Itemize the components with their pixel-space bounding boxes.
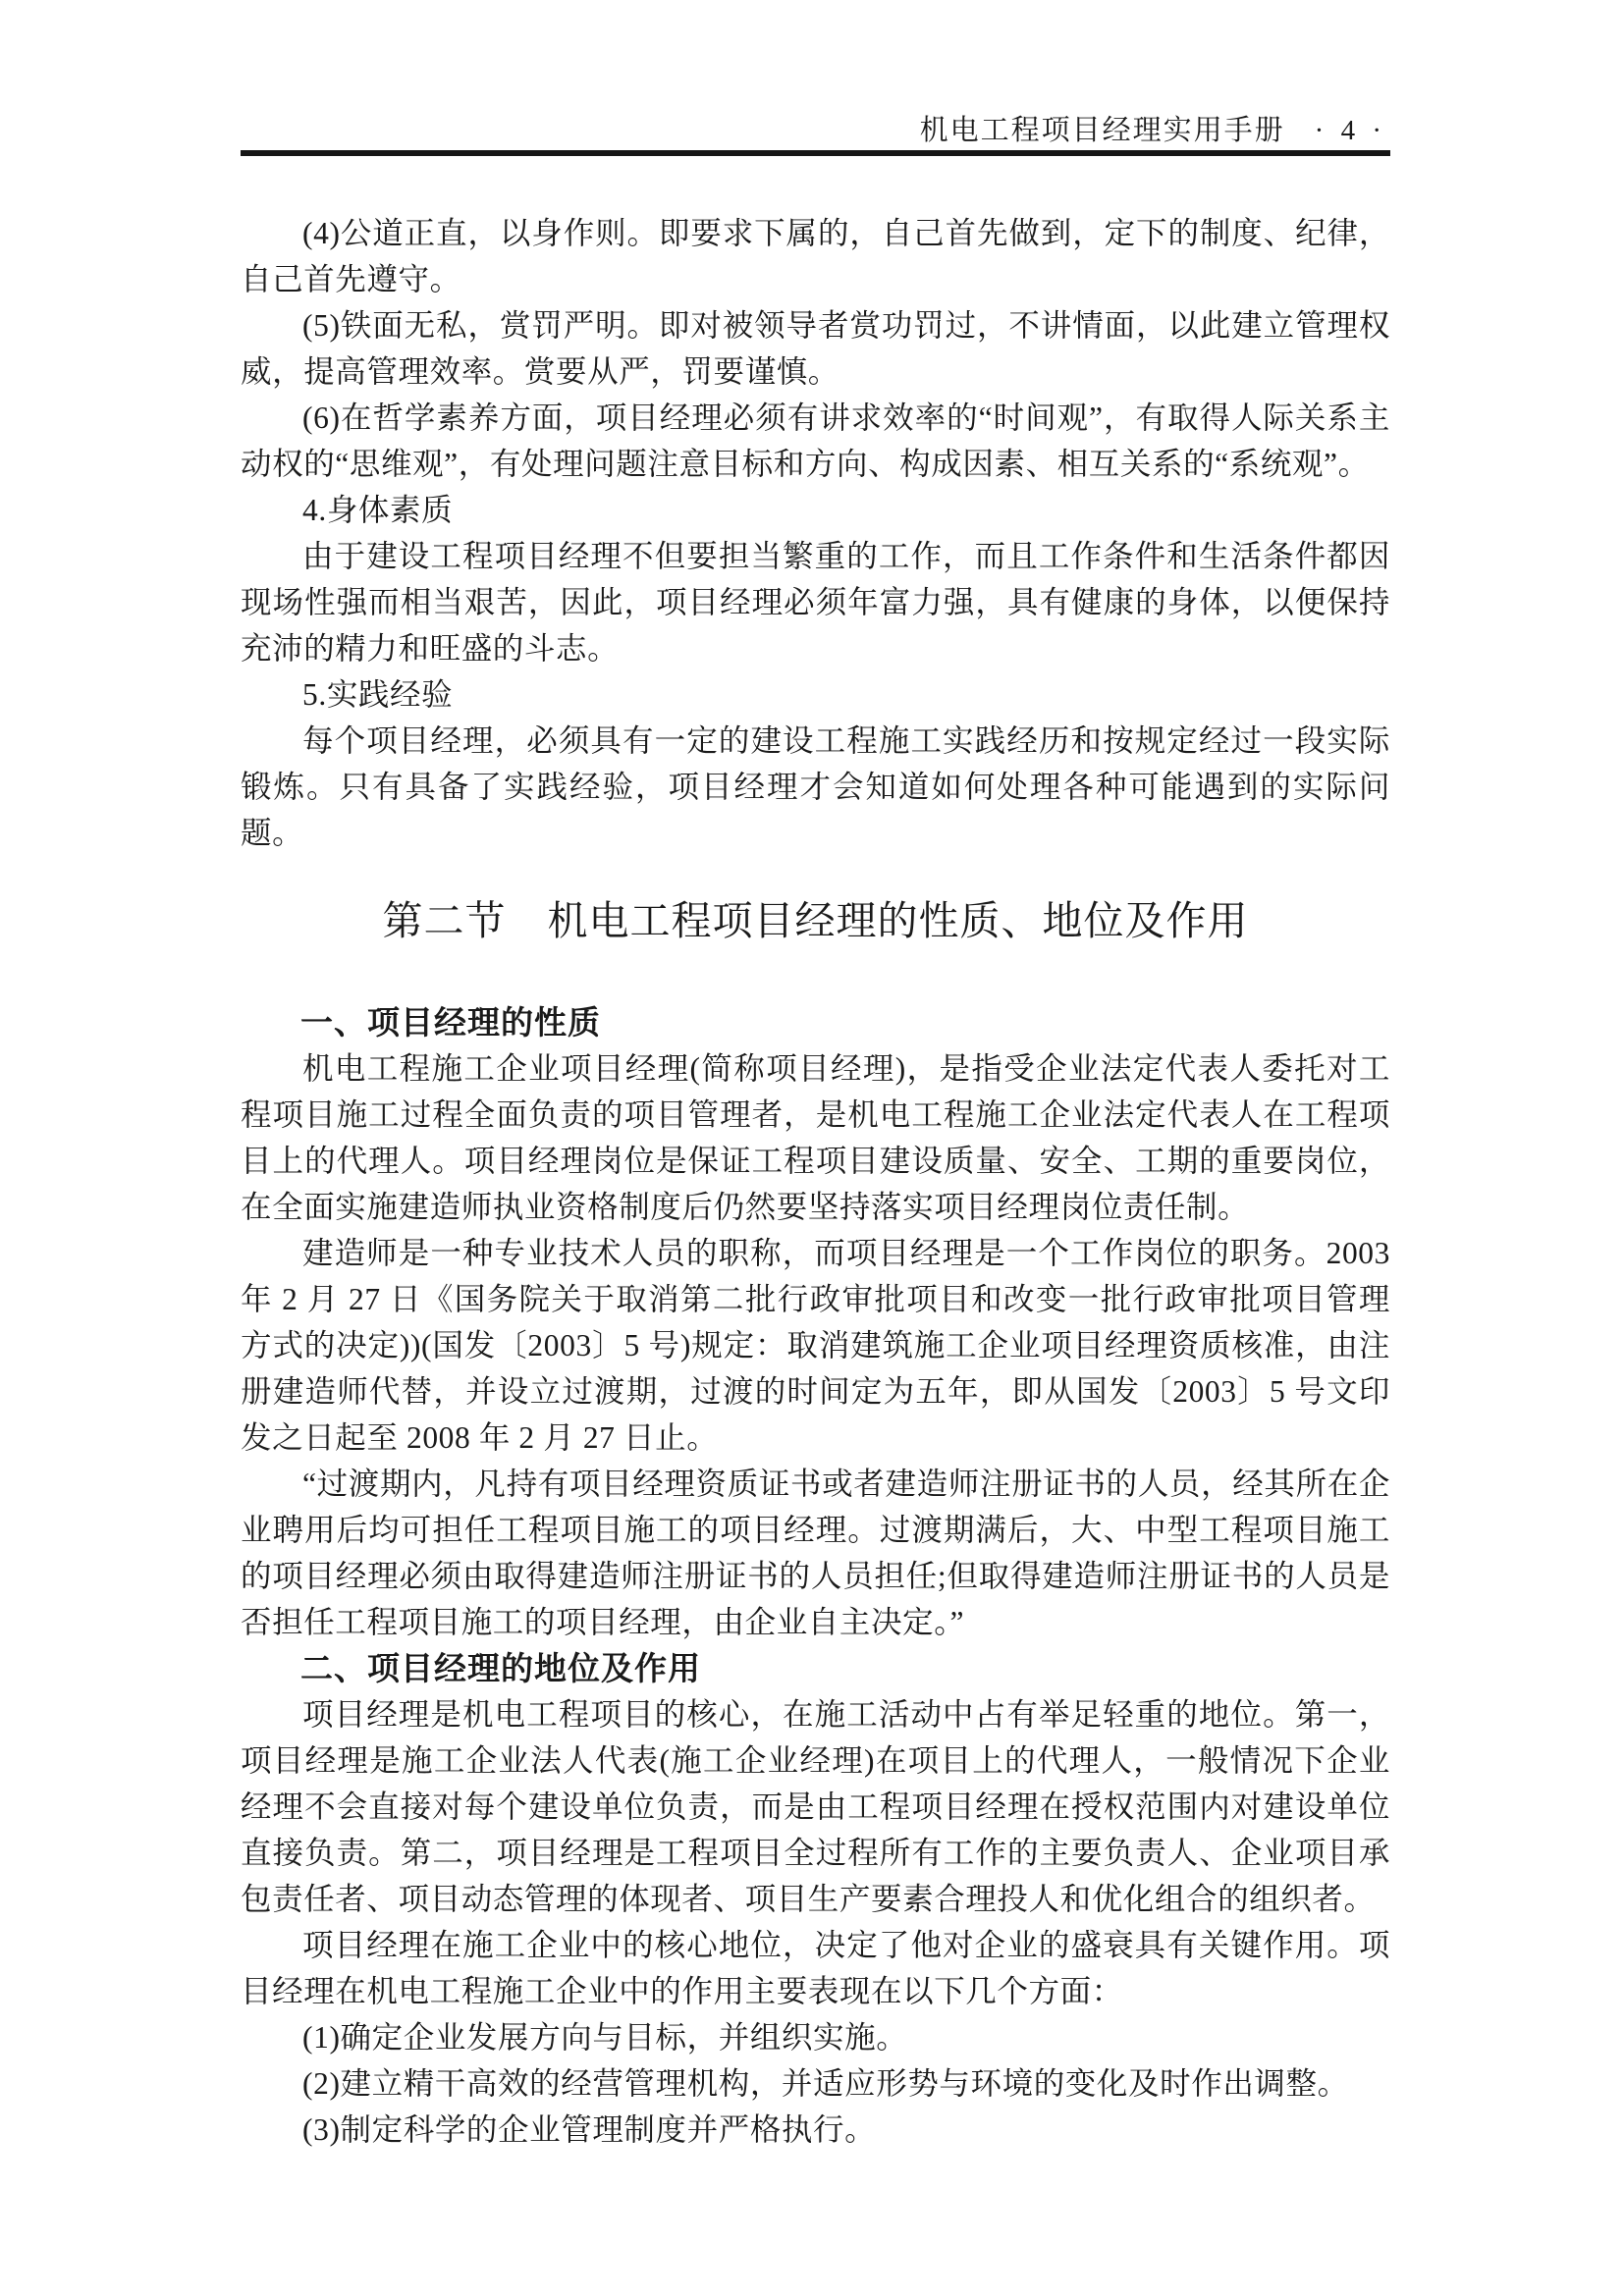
running-header-book-title: 机电工程项目经理实用手册: [920, 115, 1285, 146]
list-heading-physical-quality: 4.身体素质: [241, 487, 1390, 533]
paragraph-physical-quality: 由于建设工程项目经理不但要担当繁重的工作，而且工作条件和生活条件都因现场性强而相…: [241, 533, 1390, 671]
list-item-role-1: (1)确定企业发展方向与目标，并组织实施。: [241, 2014, 1390, 2060]
running-header: 机电工程项目经理实用手册· 4 ·: [241, 114, 1390, 147]
page-body-text: (4)公道正直，以身作则。即要求下属的，自己首先做到，定下的制度、纪律，自己首先…: [241, 210, 1390, 2153]
paragraph-practical-experience: 每个项目经理，必须具有一定的建设工程施工实践经历和按规定经过一段实际锻炼。只有具…: [241, 718, 1390, 856]
paragraph-nature-3-quote: “过渡期内，凡持有项目经理资质证书或者建造师注册证书的人员，经其所在企业聘用后均…: [241, 1461, 1390, 1645]
header-rule: [241, 150, 1390, 156]
paragraph-status-2: 项目经理在施工企业中的核心地位，决定了他对企业的盛衰具有关键作用。项目经理在机电…: [241, 1922, 1390, 2014]
paragraph-point-5: (5)铁面无私，赏罚严明。即对被领导者赏功罚过，不讲情面，以此建立管理权威，提高…: [241, 302, 1390, 395]
list-item-role-2: (2)建立精干高效的经营管理机构，并适应形势与环境的变化及时作出调整。: [241, 2060, 1390, 2107]
list-heading-practical-experience: 5.实践经验: [241, 671, 1390, 718]
document-page: 机电工程项目经理实用手册· 4 · (4)公道正直，以身作则。即要求下属的，自己…: [0, 0, 1624, 2296]
paragraph-point-4: (4)公道正直，以身作则。即要求下属的，自己首先做到，定下的制度、纪律，自己首先…: [241, 210, 1390, 302]
section-title: 第二节 机电工程项目经理的性质、地位及作用: [241, 895, 1390, 946]
list-item-role-3: (3)制定科学的企业管理制度并严格执行。: [241, 2107, 1390, 2153]
paragraph-nature-2: 建造师是一种专业技术人员的职称，而项目经理是一个工作岗位的职务。2003 年 2…: [241, 1230, 1390, 1461]
running-header-page-number: · 4 ·: [1315, 115, 1386, 146]
paragraph-nature-1: 机电工程施工企业项目经理(简称项目经理)，是指受企业法定代表人委托对工程项目施工…: [241, 1045, 1390, 1230]
subheading-status-and-role: 二、项目经理的地位及作用: [241, 1645, 1390, 1691]
paragraph-point-6: (6)在哲学素养方面，项目经理必须有讲求效率的“时间观”，有取得人际关系主动权的…: [241, 395, 1390, 487]
paragraph-status-1: 项目经理是机电工程项目的核心，在施工活动中占有举足轻重的地位。第一，项目经理是施…: [241, 1691, 1390, 1922]
subheading-nature-of-project-manager: 一、项目经理的性质: [241, 999, 1390, 1045]
